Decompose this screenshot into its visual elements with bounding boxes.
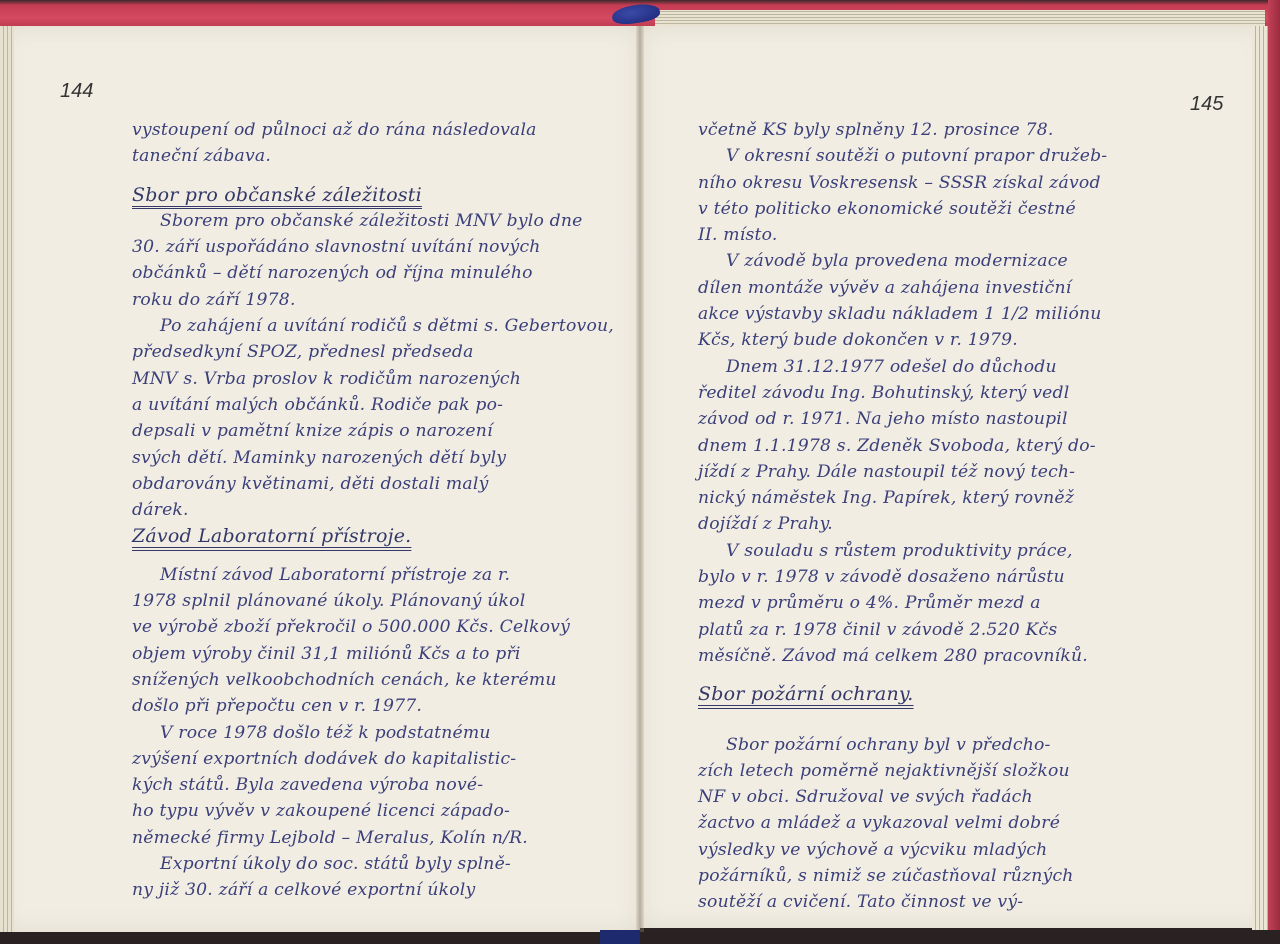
page-edges-right (1252, 26, 1268, 930)
text-line: MNV s. Vrba proslov k rodičům narozených (132, 366, 612, 392)
text-line: obdarovány květinami, děti dostali malý (132, 471, 612, 497)
text-line: nický náměstek Ing. Papírek, který rovně… (698, 485, 1218, 511)
text-line: ve výrobě zboží překročil o 500.000 Kčs.… (132, 614, 612, 640)
left-page-number: 144 (60, 80, 93, 103)
text-line: závod od r. 1971. Na jeho místo nastoupi… (698, 406, 1218, 432)
paragraph-start-line: Místní závod Laboratorní přístroje za r. (132, 562, 612, 588)
book-gutter (636, 26, 644, 932)
paragraph-start-line: V závodě byla provedena modernizace (698, 248, 1218, 274)
right-page-number: 145 (1190, 93, 1223, 116)
text-line: bylo v r. 1978 v závodě dosaženo nárůstu (698, 564, 1218, 590)
text-line: dílen montáže vývěv a zahájena investičn… (698, 275, 1218, 301)
text-line: Kčs, který bude dokončen v r. 1979. (698, 327, 1218, 353)
line-spacer (698, 720, 1218, 732)
paragraph-start-line: Exportní úkoly do soc. států byly splně- (132, 851, 612, 877)
text-line: zích letech poměrně nejaktivnější složko… (698, 758, 1218, 784)
line-spacer (698, 669, 1218, 681)
paragraph-start-line: Dnem 31.12.1977 odešel do důchodu (698, 354, 1218, 380)
text-line: měsíčně. Závod má celkem 280 pracovníků. (698, 643, 1218, 669)
line-spacer (698, 708, 1218, 720)
text-line: snížených velkoobchodních cenách, ke kte… (132, 667, 612, 693)
text-line: NF v obci. Sdružoval ve svých řadách (698, 784, 1218, 810)
text-line: v této politicko ekonomické soutěži čest… (698, 196, 1218, 222)
text-line: kých států. Byla zavedena výroba nové- (132, 772, 612, 798)
text-line: zvýšení exportních dodávek do kapitalist… (132, 746, 612, 772)
text-line: ho typu vývěv v zakoupené licenci západo… (132, 798, 612, 824)
text-line: svých dětí. Maminky narozených dětí byly (132, 445, 612, 471)
text-line: roku do září 1978. (132, 287, 612, 313)
text-line: dojíždí z Prahy. (698, 511, 1218, 537)
text-line: II. místo. (698, 222, 1218, 248)
line-spacer (132, 170, 612, 182)
line-spacer (132, 550, 612, 562)
text-line: objem výroby činil 31,1 miliónů Kčs a to… (132, 641, 612, 667)
paragraph-start-line: Sbor požární ochrany byl v předcho- (698, 732, 1218, 758)
text-line: taneční zábava. (132, 143, 612, 169)
paragraph-start-line: V okresní soutěži o putovní prapor druže… (698, 143, 1218, 169)
paragraph-start-line: Sborem pro občanské záležitosti MNV bylo… (132, 208, 612, 234)
text-line: 1978 splnil plánované úkoly. Plánovaný ú… (132, 588, 612, 614)
text-line: německé firmy Lejbold – Meralus, Kolín n… (132, 825, 612, 851)
text-line: dárek. (132, 497, 612, 523)
left-page-text: vystoupení od půlnoci až do rána následo… (132, 117, 612, 904)
section-heading: Sbor požární ochrany. (698, 681, 1218, 707)
book-cover-bottom (0, 930, 1280, 944)
text-line: ního okresu Voskresensk – SSSR získal zá… (698, 170, 1218, 196)
text-line: předsedkyní SPOZ, přednesl předseda (132, 339, 612, 365)
text-line: výsledky ve výchově a výcviku mladých (698, 837, 1218, 863)
book-cover-right (1268, 0, 1280, 930)
text-line: žactvo a mládež a vykazoval velmi dobré (698, 810, 1218, 836)
text-line: včetně KS byly splněny 12. prosince 78. (698, 117, 1218, 143)
section-heading: Závod Laboratorní přístroje. (132, 523, 612, 549)
text-line: depsali v pamětní knize zápis o narození (132, 418, 612, 444)
text-line: vystoupení od půlnoci až do rána následo… (132, 117, 612, 143)
paragraph-start-line: V roce 1978 došlo též k podstatnému (132, 720, 612, 746)
text-line: došlo při přepočtu cen v r. 1977. (132, 693, 612, 719)
page-edges-top (655, 10, 1265, 26)
text-line: a uvítání malých občánků. Rodiče pak po- (132, 392, 612, 418)
text-line: občánků – dětí narozených od října minul… (132, 260, 612, 286)
text-line: 30. září uspořádáno slavnostní uvítání n… (132, 234, 612, 260)
text-line: ny již 30. září a celkové exportní úkoly (132, 877, 612, 903)
text-line: ředitel závodu Ing. Bohutinský, který ve… (698, 380, 1218, 406)
right-page-text: včetně KS byly splněny 12. prosince 78.V… (698, 117, 1218, 916)
section-heading: Sbor pro občanské záležitosti (132, 182, 612, 208)
text-line: požárníků, s nimiž se zúčastňoval různýc… (698, 863, 1218, 889)
paragraph-start-line: V souladu s růstem produktivity práce, (698, 538, 1218, 564)
text-line: soutěží a cvičení. Tato činnost ve vý- (698, 889, 1218, 915)
paragraph-start-line: Po zahájení a uvítání rodičů s dětmi s. … (132, 313, 612, 339)
text-line: jíždí z Prahy. Dále nastoupil též nový t… (698, 459, 1218, 485)
text-line: mezd v průměru o 4%. Průměr mezd a (698, 590, 1218, 616)
page-edges-left (0, 26, 14, 932)
text-line: akce výstavby skladu nákladem 1 1/2 mili… (698, 301, 1218, 327)
text-line: dnem 1.1.1978 s. Zdeněk Svoboda, který d… (698, 433, 1218, 459)
ribbon-bookmark-tail (600, 930, 640, 944)
text-line: platů za r. 1978 činil v závodě 2.520 Kč… (698, 617, 1218, 643)
